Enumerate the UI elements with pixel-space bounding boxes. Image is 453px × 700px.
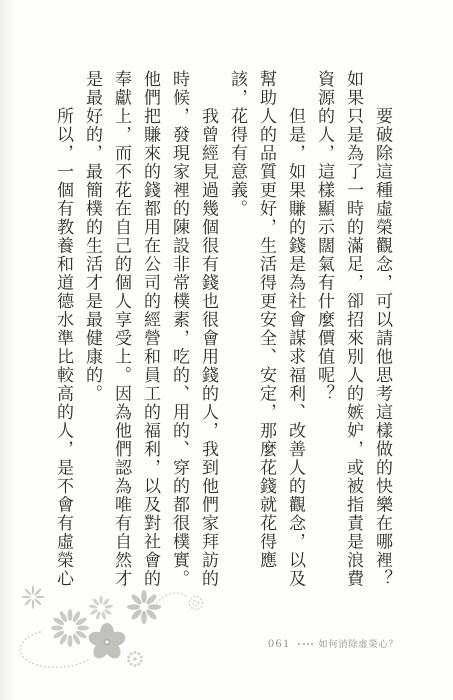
footer-separator [298, 643, 313, 645]
spiral-bud-icon [190, 597, 203, 610]
chrysanthemum-icon [51, 609, 89, 647]
body-text: 要破除這種虛榮觀念，可以請他思考這樣做的快樂在哪裡？如果只是為了一時的滿足，卻招… [49, 70, 397, 590]
paragraph-3: 我曾經見過幾個很有錢也很會用錢的人，我到他們家拜訪的時候，發現家裡的陳設非常樸素… [78, 70, 223, 590]
pompom-flower-icon [127, 651, 142, 667]
star-flower-icon [21, 585, 44, 608]
page-number: 061 [268, 636, 291, 651]
book-page: 要破除這種虛榮觀念，可以請他思考這樣做的快樂在哪裡？如果只是為了一時的滿足，卻招… [0, 0, 453, 700]
paragraph-4: 所以，一個有教養和道德水準比較高的人，是不會有虛榮心 [49, 70, 78, 590]
page-edge-shading [0, 0, 16, 700]
five-petal-flower-icon [87, 623, 127, 661]
daisy-icon [127, 590, 161, 624]
paragraph-1: 要破除這種虛榮觀念，可以請他思考這樣做的快樂在哪裡？如果只是為了一時的滿足，卻招… [310, 70, 397, 590]
page-footer: 061 如何消除虛榮心？ [268, 636, 399, 651]
small-daisy-icon [89, 596, 114, 620]
chapter-title: 如何消除虛榮心？ [319, 637, 399, 650]
dotted-vine [20, 593, 188, 667]
paragraph-2: 但是，如果賺的錢是為社會謀求福利、改善人的觀念，以及幫助人的品質更好，生活得更安… [223, 70, 310, 590]
